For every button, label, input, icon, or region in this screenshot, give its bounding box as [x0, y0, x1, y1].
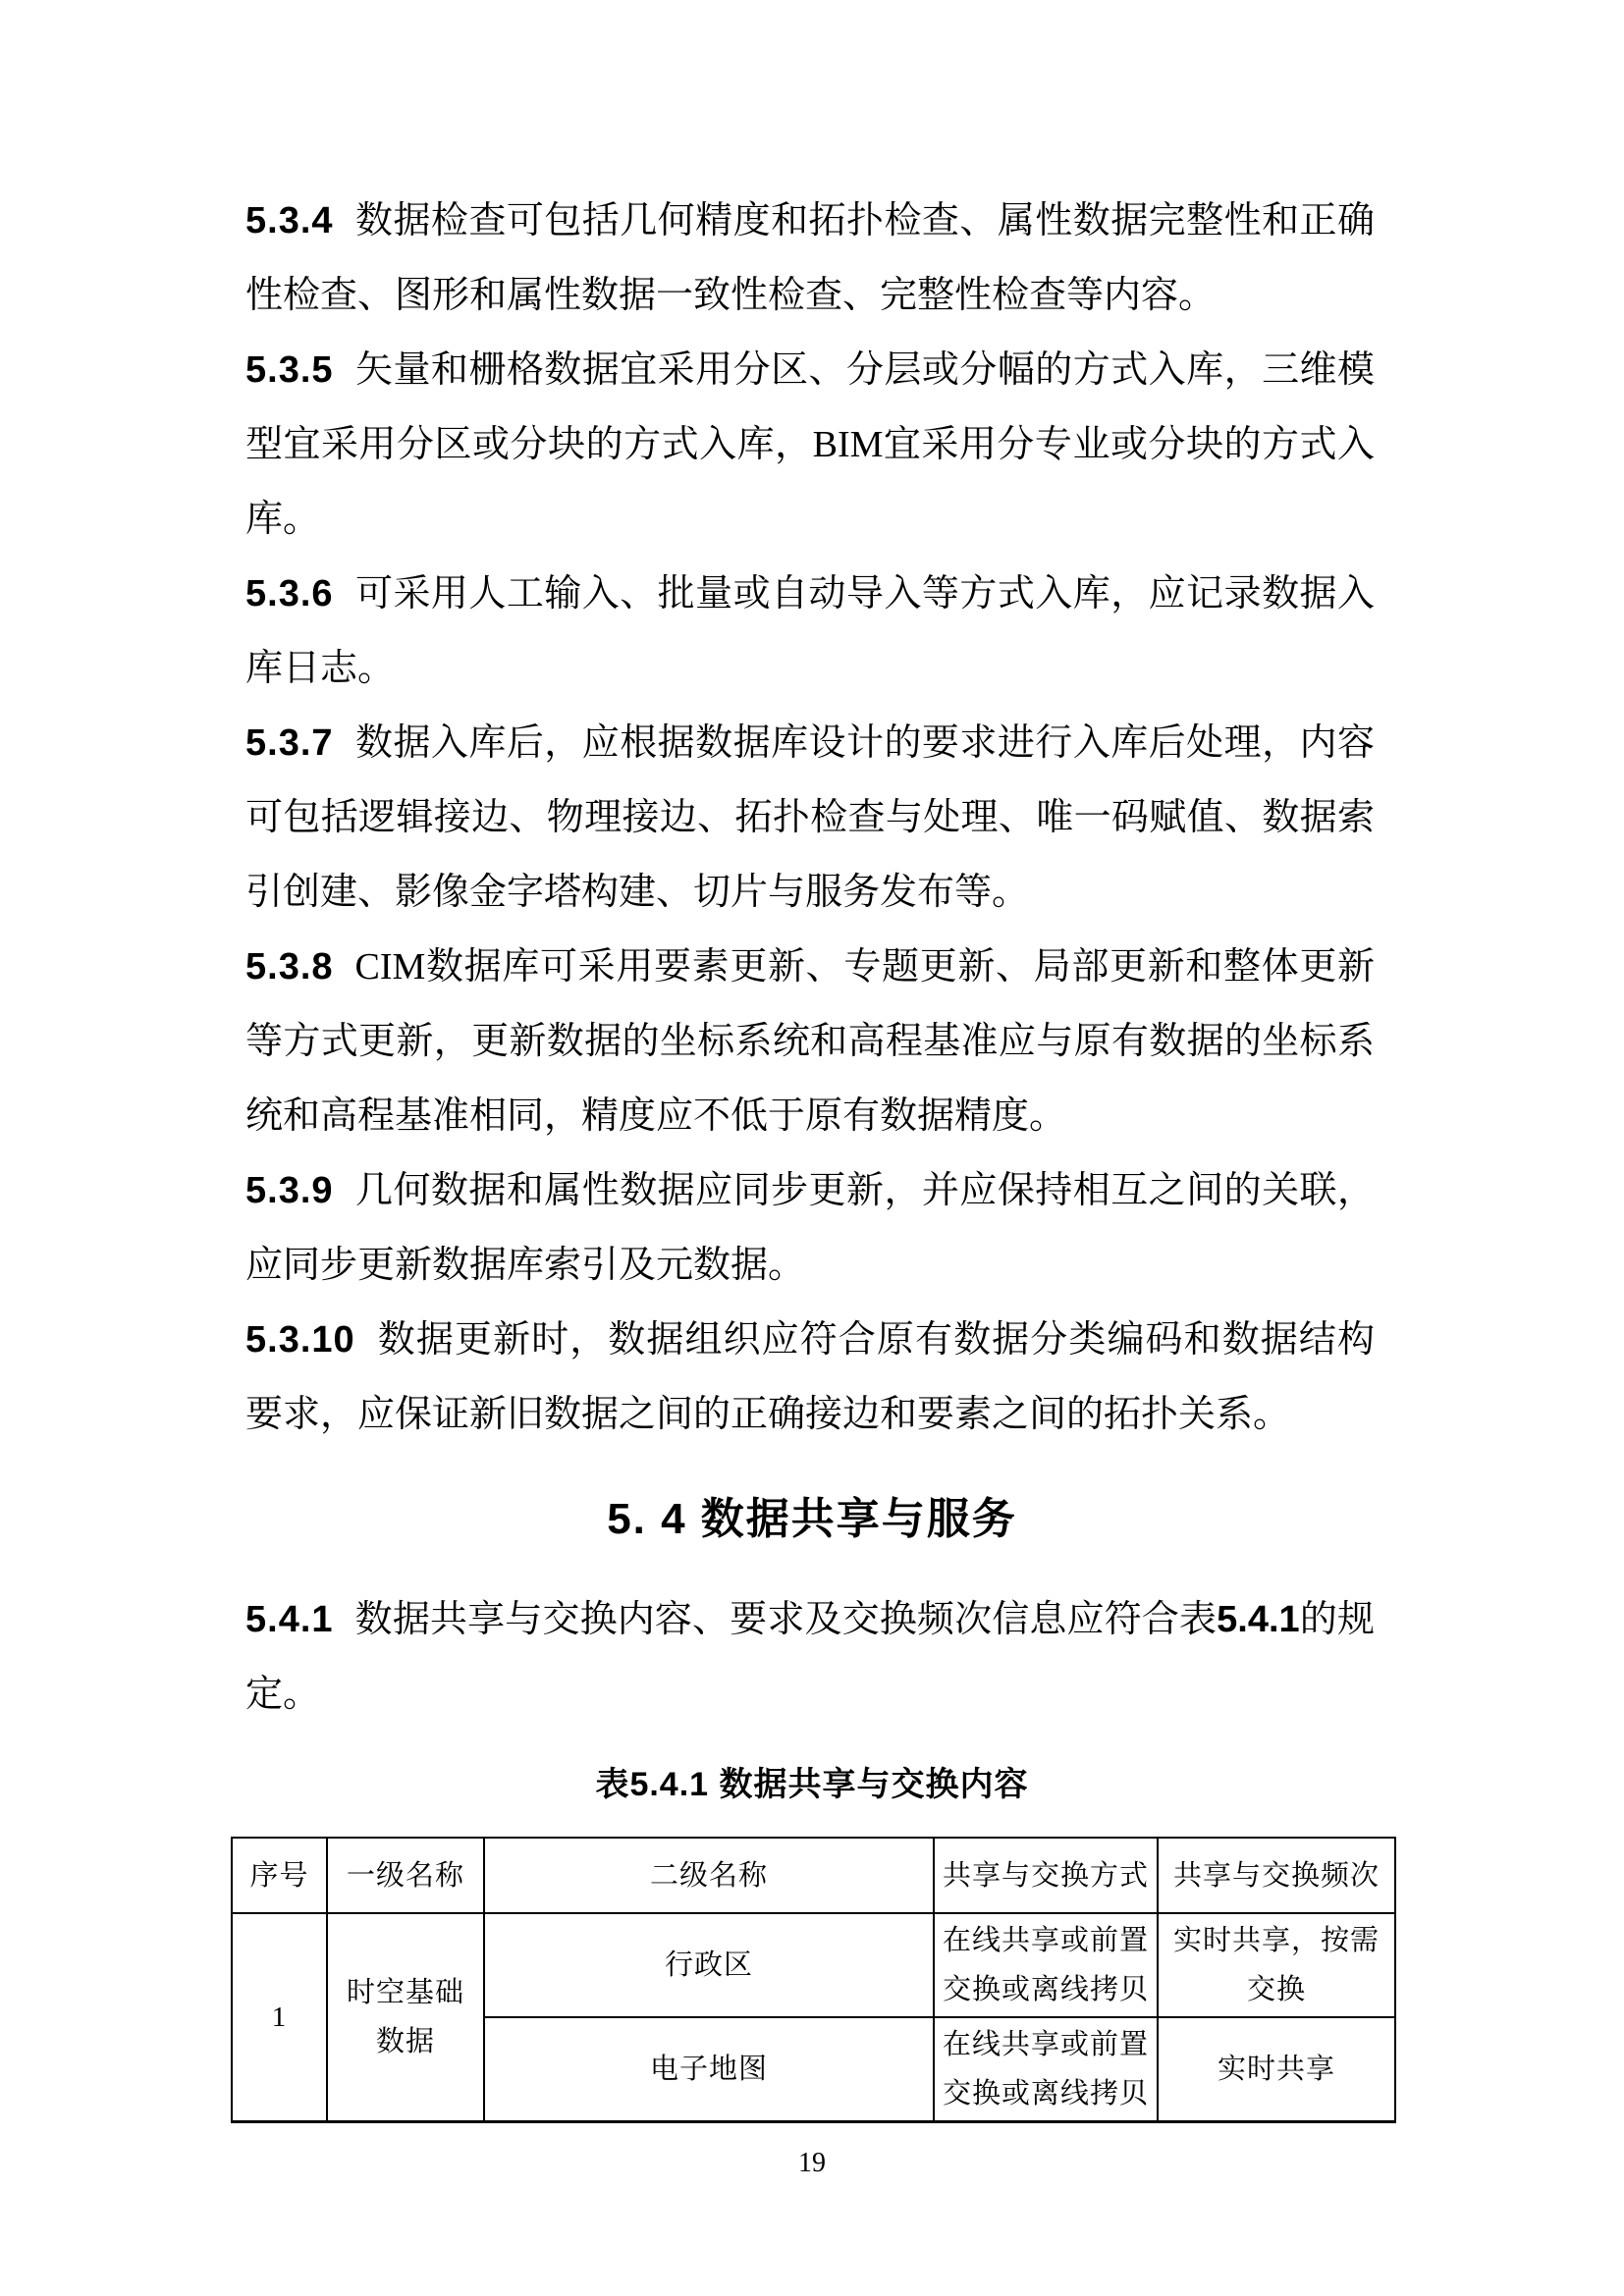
cell-freq: 实时共享: [1158, 2017, 1395, 2122]
clause-5-3-4: 5.3.4数据检查可包括几何精度和拓扑检查、属性数据完整性和正确性检查、图形和属…: [245, 184, 1375, 333]
cell-level1: 时空基础数据: [327, 1913, 484, 2122]
cell-freq: 实时共享，按需交换: [1158, 1913, 1395, 2017]
clause-5-3-9: 5.3.9几何数据和属性数据应同步更新，并应保持相互之间的关联，应同步更新数据库…: [245, 1153, 1375, 1303]
clause-text: 数据检查可包括几何精度和拓扑检查、属性数据完整性和正确性检查、图形和属性数据一致…: [245, 200, 1375, 316]
table-row: 1 时空基础数据 行政区 在线共享或前置交换或离线拷贝 实时共享，按需交换: [232, 1913, 1395, 2017]
cell-seq: 1: [232, 1913, 327, 2122]
clause-list: 5.3.4数据检查可包括几何精度和拓扑检查、属性数据完整性和正确性检查、图形和属…: [245, 184, 1375, 1452]
clause-number: 5.3.8: [245, 946, 334, 988]
clause-text: 数据更新时，数据组织应符合原有数据分类编码和数据结构要求，应保证新旧数据之间的正…: [245, 1319, 1375, 1435]
header-mode: 共享与交换方式: [934, 1838, 1158, 1913]
clause-number: 5.3.9: [245, 1170, 334, 1211]
clause-number: 5.3.10: [245, 1319, 355, 1361]
clause-text: 数据入库后，应根据数据库设计的要求进行入库后处理，内容可包括逻辑接边、物理接边、…: [245, 722, 1375, 913]
clause-number: 5.3.5: [245, 349, 334, 391]
clause-5-3-8: 5.3.8CIM数据库可采用要素更新、专题更新、局部更新和整体更新等方式更新，更…: [245, 930, 1375, 1153]
table-caption: 表5.4.1 数据共享与交换内容: [0, 1761, 1624, 1808]
clause-number: 5.3.6: [245, 573, 334, 614]
header-freq: 共享与交换频次: [1158, 1838, 1395, 1913]
cell-mode: 在线共享或前置交换或离线拷贝: [934, 2017, 1158, 2122]
clause-5-4-1-block: 5.4.1数据共享与交换内容、要求及交换频次信息应符合表5.4.1的规定。: [245, 1582, 1375, 1732]
clause-text: CIM数据库可采用要素更新、专题更新、局部更新和整体更新等方式更新，更新数据的坐…: [245, 946, 1375, 1137]
data-share-exchange-table: 序号 一级名称 二级名称 共享与交换方式 共享与交换频次 1 时空基础数据 行政…: [231, 1837, 1396, 2123]
clause-5-3-7: 5.3.7数据入库后，应根据数据库设计的要求进行入库后处理，内容可包括逻辑接边、…: [245, 706, 1375, 930]
clause-text: 几何数据和属性数据应同步更新，并应保持相互之间的关联，应同步更新数据库索引及元数…: [245, 1170, 1375, 1286]
document-page: 5.3.4数据检查可包括几何精度和拓扑检查、属性数据完整性和正确性检查、图形和属…: [0, 0, 1624, 2296]
table-reference-number: 5.4.1: [1217, 1599, 1300, 1640]
section-heading: 5. 4 数据共享与服务: [0, 1488, 1624, 1551]
clause-5-3-6: 5.3.6可采用人工输入、批量或自动导入等方式入库，应记录数据入库日志。: [245, 557, 1375, 706]
header-level2: 二级名称: [484, 1838, 934, 1913]
clause-number: 5.4.1: [245, 1599, 334, 1640]
clause-5-4-1: 5.4.1数据共享与交换内容、要求及交换频次信息应符合表5.4.1的规定。: [245, 1582, 1375, 1732]
page-number: 19: [0, 2148, 1624, 2179]
clause-text: 数据共享与交换内容、要求及交换频次信息应符合表: [355, 1599, 1218, 1640]
header-seq: 序号: [232, 1838, 327, 1913]
cell-mode: 在线共享或前置交换或离线拷贝: [934, 1913, 1158, 2017]
cell-level2: 电子地图: [484, 2017, 934, 2122]
clause-text: 矢量和栅格数据宜采用分区、分层或分幅的方式入库，三维模型宜采用分区或分块的方式入…: [245, 349, 1375, 540]
clause-5-3-5: 5.3.5矢量和栅格数据宜采用分区、分层或分幅的方式入库，三维模型宜采用分区或分…: [245, 333, 1375, 557]
clause-5-3-10: 5.3.10数据更新时，数据组织应符合原有数据分类编码和数据结构要求，应保证新旧…: [245, 1303, 1375, 1452]
header-level1: 一级名称: [327, 1838, 484, 1913]
clause-number: 5.3.7: [245, 722, 334, 764]
clause-number: 5.3.4: [245, 200, 334, 241]
clause-text: 可采用人工输入、批量或自动导入等方式入库，应记录数据入库日志。: [245, 573, 1375, 689]
table-header-row: 序号 一级名称 二级名称 共享与交换方式 共享与交换频次: [232, 1838, 1395, 1913]
cell-level2: 行政区: [484, 1913, 934, 2017]
